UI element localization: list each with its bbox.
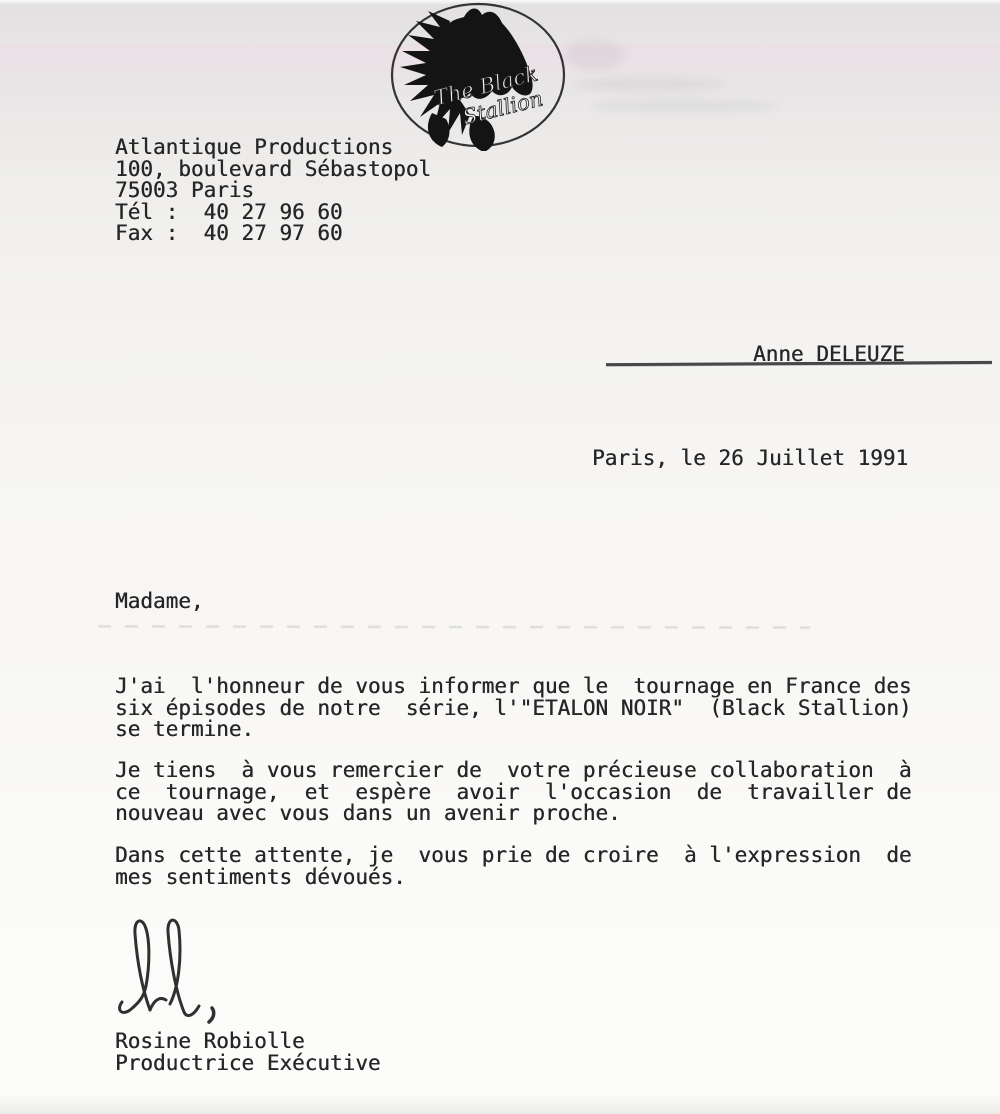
scan-smudge: [565, 40, 625, 70]
signer-name: Rosine Robiolle: [115, 1031, 381, 1053]
text-line: 75003 Paris: [115, 180, 431, 202]
handwritten-signature: [112, 916, 277, 1024]
scan-artifact-line: [98, 625, 810, 628]
body-paragraph-3: Dans cette attente, je vous prie de croi…: [115, 845, 912, 888]
text-line: Fax : 40 27 97 60: [115, 223, 431, 245]
signer-title: Productrice Exécutive: [115, 1053, 381, 1075]
text-line: six épisodes de notre série, l'"ETALON N…: [115, 698, 912, 720]
text-line: ce tournage, et espère avoir l'occasion …: [115, 782, 912, 804]
scanned-letter-page: The Black Stallion Atlantique Production…: [0, 0, 1000, 1114]
black-stallion-logo: The Black Stallion: [388, 1, 568, 151]
salutation: Madame,: [115, 591, 204, 613]
scan-bottom-edge: [0, 1094, 1000, 1114]
body-paragraph-2: Je tiens à vous remercier de votre préci…: [115, 760, 912, 825]
text-line: Atlantique Productions: [115, 137, 431, 159]
sender-address-block: Atlantique Productions100, boulevard Séb…: [115, 137, 431, 245]
text-line: J'ai l'honneur de vous informer que le t…: [115, 676, 912, 698]
horse-mane-lower: [428, 113, 450, 147]
text-line: nouveau avec vous dans un avenir proche.: [115, 803, 912, 825]
signer-block: Rosine Robiolle Productrice Exécutive: [115, 1031, 381, 1074]
text-line: mes sentiments dévoués.: [115, 867, 912, 889]
body-paragraph-1: J'ai l'honneur de vous informer que le t…: [115, 676, 912, 741]
text-line: Dans cette attente, je vous prie de croi…: [115, 845, 912, 867]
text-line: 100, boulevard Sébastopol: [115, 159, 431, 181]
date-line: Paris, le 26 Juillet 1991: [592, 448, 908, 470]
scan-smudge: [590, 100, 780, 112]
text-line: se termine.: [115, 719, 912, 741]
scan-smudge: [575, 78, 725, 92]
text-line: Je tiens à vous remercier de votre préci…: [115, 760, 912, 782]
text-line: Tél : 40 27 96 60: [115, 202, 431, 224]
